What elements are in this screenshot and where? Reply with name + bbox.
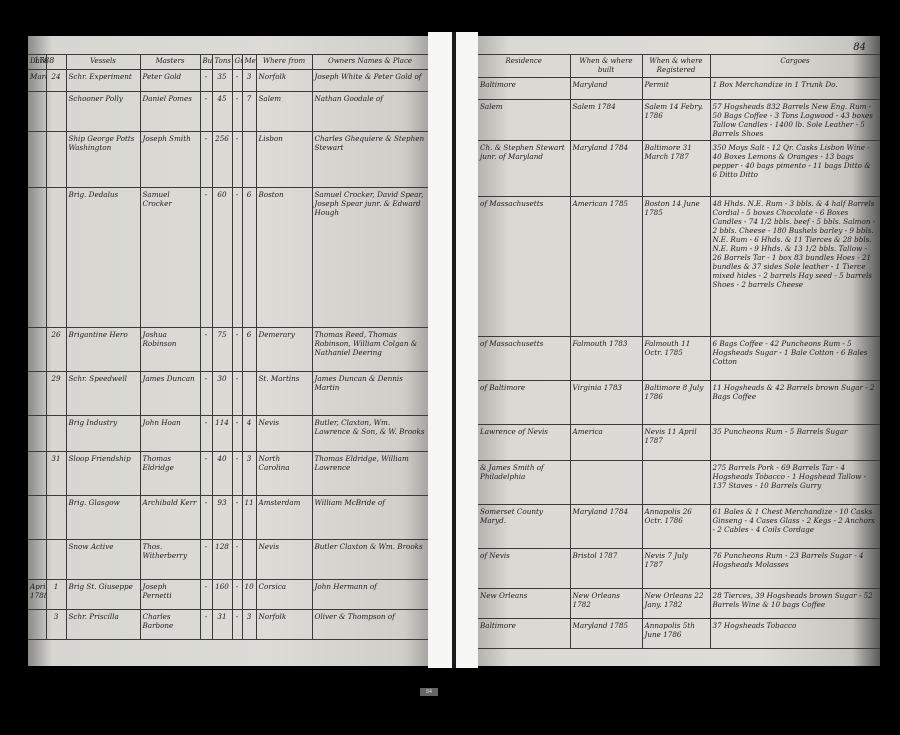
where-registered: Falmouth 11 Octr. 1785 [642, 337, 710, 381]
owners-names: Nathan Goodale of [312, 92, 428, 132]
ledger-row: BaltimoreMarylandPermit1 Box Merchandize… [478, 78, 880, 100]
page-number: 84 [853, 42, 866, 53]
entry-month [28, 328, 46, 372]
vessel-name: Brig St. Giuseppe [66, 580, 140, 610]
where-built: Falmouth 1783 [570, 337, 642, 381]
column-header [46, 55, 66, 70]
vessel-name: Schr. Priscilla [66, 610, 140, 640]
column-header: Residence [478, 55, 570, 78]
vessel-name: Brig. Dedalus [66, 188, 140, 328]
where-built: Maryland [570, 78, 642, 100]
ledger-row: of BaltimoreVirginia 1783Baltimore 8 Jul… [478, 381, 880, 425]
frame-label: 84 [420, 688, 438, 696]
guns-cell: - [232, 452, 242, 496]
tonnage: 75 [212, 328, 232, 372]
ledger-row: Ch. & Stephen Stewart junr. of MarylandM… [478, 141, 880, 197]
tonnage: 30 [212, 372, 232, 416]
tonnage: 45 [212, 92, 232, 132]
ledger-row: Ship George Potts WashingtonJoseph Smith… [28, 132, 428, 188]
where-registered: Baltimore 31 March 1787 [642, 141, 710, 197]
entry-month [28, 452, 46, 496]
origin-port: Norfolk [256, 70, 312, 92]
vessel-name: Sloop Friendship [66, 452, 140, 496]
master-name: Samuel Crocker [140, 188, 200, 328]
guns-cell: - [232, 328, 242, 372]
origin-port: Demerary [256, 328, 312, 372]
guns-cell: - [232, 188, 242, 328]
ledger-row: of NevisBristol 1787Nevis 7 July 178776 … [478, 549, 880, 589]
column-header: Masters [140, 55, 200, 70]
where-registered: Baltimore 8 July 1786 [642, 381, 710, 425]
tonnage: 35 [212, 70, 232, 92]
crew-count: 6 [242, 328, 256, 372]
ledger-row: 29Schr. SpeedwellJames Duncan-30-St. Mar… [28, 372, 428, 416]
origin-port: North Carolina [256, 452, 312, 496]
where-registered: Annapolis 5th June 1786 [642, 619, 710, 649]
ledger-row: 3Schr. PriscillaCharles Barbone-31-3Norf… [28, 610, 428, 640]
column-header: Where from [256, 55, 312, 70]
where-built: Maryland 1785 [570, 619, 642, 649]
cargo-description: 57 Hogsheads 832 Barrels New Eng. Rum - … [710, 100, 880, 141]
column-header: Men [242, 55, 256, 70]
entry-month [28, 416, 46, 452]
cargo-description: 37 Hogsheads Tobacco [710, 619, 880, 649]
column-header: Date [28, 55, 46, 70]
cargo-description: 11 Hogsheads & 42 Barrels brown Sugar - … [710, 381, 880, 425]
vessel-name: Schr. Speedwell [66, 372, 140, 416]
ledger-row: of MassachusettsFalmouth 1783Falmouth 11… [478, 337, 880, 381]
entry-day: 24 [46, 70, 66, 92]
cargo-description: 1 Box Merchandize in 1 Trunk Do. [710, 78, 880, 100]
entry-day: 26 [46, 328, 66, 372]
owner-residence: & James Smith of Philadelphia [478, 461, 570, 505]
master-name: Archibald Kerr [140, 496, 200, 540]
ledger-row: Brig IndustryJohn Hoan-114-4NevisButler,… [28, 416, 428, 452]
guns-cell: - [232, 416, 242, 452]
built-cell: - [200, 416, 212, 452]
crew-count: 3 [242, 70, 256, 92]
ledger-row: 31Sloop FriendshipThomas Eldridge-40-3No… [28, 452, 428, 496]
origin-port: Lisbon [256, 132, 312, 188]
entry-day: 1 [46, 580, 66, 610]
cargo-description: 61 Bales & 1 Chest Merchandize - 10 Cask… [710, 505, 880, 549]
cargo-description: 28 Tierces, 39 Hogsheads brown Sugar - 5… [710, 589, 880, 619]
ledger-row: Somerset County Maryd.Maryland 1784Annap… [478, 505, 880, 549]
ledger-row: Lawrence of NevisAmericaNevis 11 April 1… [478, 425, 880, 461]
where-built: Maryland 1784 [570, 141, 642, 197]
built-cell: - [200, 70, 212, 92]
owners-names: Samuel Crocker, David Spear, Joseph Spea… [312, 188, 428, 328]
where-registered: Salem 14 Febry. 1786 [642, 100, 710, 141]
column-header: Guns [232, 55, 242, 70]
entry-day [46, 92, 66, 132]
built-cell: - [200, 328, 212, 372]
entry-month [28, 372, 46, 416]
owner-residence: Baltimore [478, 78, 570, 100]
crew-count: 10 [242, 580, 256, 610]
cargo-description: 275 Barrels Pork - 69 Barrels Tar - 4 Ho… [710, 461, 880, 505]
where-registered: Permit [642, 78, 710, 100]
origin-port: Nevis [256, 540, 312, 580]
entry-month [28, 610, 46, 640]
origin-port: Norfolk [256, 610, 312, 640]
ledger-row: Brig. GlasgowArchibald Kerr-93-11Amsterd… [28, 496, 428, 540]
tonnage: 256 [212, 132, 232, 188]
owner-residence: Somerset County Maryd. [478, 505, 570, 549]
where-registered: New Orleans 22 Jany. 1782 [642, 589, 710, 619]
where-built: America [570, 425, 642, 461]
master-name: Peter Gold [140, 70, 200, 92]
master-name: Joseph Pernetti [140, 580, 200, 610]
guns-cell: - [232, 372, 242, 416]
ledger-row: & James Smith of Philadelphia275 Barrels… [478, 461, 880, 505]
owners-names: James Duncan & Dennis Martin [312, 372, 428, 416]
built-cell: - [200, 372, 212, 416]
where-registered: Boston 14 June 1785 [642, 197, 710, 337]
vessel-name: Brigantine Hero [66, 328, 140, 372]
ledger-row: BaltimoreMaryland 1785Annapolis 5th June… [478, 619, 880, 649]
column-header: When & where Registered [642, 55, 710, 78]
entry-day [46, 188, 66, 328]
owner-residence: Lawrence of Nevis [478, 425, 570, 461]
entry-day: 3 [46, 610, 66, 640]
vessel-name: Schr. Experiment [66, 70, 140, 92]
master-name: John Hoan [140, 416, 200, 452]
where-built: New Orleans 1782 [570, 589, 642, 619]
owners-names: William McBride of [312, 496, 428, 540]
crew-count: 7 [242, 92, 256, 132]
gutter-divider [452, 32, 456, 668]
entry-month: April 1788 [28, 580, 46, 610]
origin-port: Salem [256, 92, 312, 132]
origin-port: Corsica [256, 580, 312, 610]
ledger-row: March24Schr. ExperimentPeter Gold-35-3No… [28, 70, 428, 92]
entry-day [46, 496, 66, 540]
owner-residence: of Baltimore [478, 381, 570, 425]
guns-cell: - [232, 92, 242, 132]
built-cell: - [200, 452, 212, 496]
entry-day [46, 132, 66, 188]
where-registered: Nevis 11 April 1787 [642, 425, 710, 461]
crew-count [242, 372, 256, 416]
owner-residence: New Orleans [478, 589, 570, 619]
where-built [570, 461, 642, 505]
built-cell: - [200, 188, 212, 328]
where-built: Bristol 1787 [570, 549, 642, 589]
where-built: American 1785 [570, 197, 642, 337]
built-cell: - [200, 610, 212, 640]
master-name: Thomas Eldridge [140, 452, 200, 496]
origin-port: Boston [256, 188, 312, 328]
ledger-row: April 17881Brig St. GiuseppeJoseph Perne… [28, 580, 428, 610]
crew-count: 11 [242, 496, 256, 540]
ledger-row: Snow ActiveThos. Witherberry-128-NevisBu… [28, 540, 428, 580]
master-name: Joseph Smith [140, 132, 200, 188]
master-name: Charles Barbone [140, 610, 200, 640]
ledger-row: New OrleansNew Orleans 1782New Orleans 2… [478, 589, 880, 619]
crew-count [242, 132, 256, 188]
owners-names: Charles Ghequiere & Stephen Stewart [312, 132, 428, 188]
tonnage: 114 [212, 416, 232, 452]
guns-cell: - [232, 610, 242, 640]
master-name: Daniel Pomes [140, 92, 200, 132]
origin-port: St. Martins [256, 372, 312, 416]
master-name: James Duncan [140, 372, 200, 416]
built-cell: - [200, 92, 212, 132]
entry-day [46, 540, 66, 580]
vessel-name: Snow Active [66, 540, 140, 580]
entry-month [28, 92, 46, 132]
ledger-row: SalemSalem 1784Salem 14 Febry. 178657 Ho… [478, 100, 880, 141]
crew-count: 3 [242, 452, 256, 496]
ledger-row: 26Brigantine HeroJoshua Robinson-75-6Dem… [28, 328, 428, 372]
tonnage: 160 [212, 580, 232, 610]
tonnage: 31 [212, 610, 232, 640]
crew-count: 3 [242, 610, 256, 640]
column-header: Vessels [66, 55, 140, 70]
origin-port: Amsterdam [256, 496, 312, 540]
cargo-description: 35 Puncheons Rum - 5 Barrels Sugar [710, 425, 880, 461]
owner-residence: of Massachusetts [478, 337, 570, 381]
vessel-name: Brig Industry [66, 416, 140, 452]
owners-names: Oliver & Thompson of [312, 610, 428, 640]
entry-month [28, 132, 46, 188]
ledger-row: Brig. DedalusSamuel Crocker-60-6BostonSa… [28, 188, 428, 328]
cargo-description: 6 Bags Coffee - 42 Puncheons Rum - 5 Hog… [710, 337, 880, 381]
ledger-row: of MassachusettsAmerican 1785Boston 14 J… [478, 197, 880, 337]
vessel-name: Ship George Potts Washington [66, 132, 140, 188]
tonnage: 40 [212, 452, 232, 496]
guns-cell: - [232, 580, 242, 610]
guns-cell: - [232, 540, 242, 580]
tonnage: 60 [212, 188, 232, 328]
where-registered: Nevis 7 July 1787 [642, 549, 710, 589]
where-built: Maryland 1784 [570, 505, 642, 549]
entry-month [28, 188, 46, 328]
built-cell: - [200, 580, 212, 610]
column-header: Tons [212, 55, 232, 70]
right-ledger-page: 84 ResidenceWhen & where builtWhen & whe… [478, 36, 880, 666]
owners-names: Butler, Claxton, Wm. Lawrence & Son, & W… [312, 416, 428, 452]
owner-residence: of Massachusetts [478, 197, 570, 337]
where-built: Salem 1784 [570, 100, 642, 141]
where-registered: Annapolis 26 Octr. 1786 [642, 505, 710, 549]
cargo-description: 48 Hhds. N.E. Rum - 3 bbls. & 4 half Bar… [710, 197, 880, 337]
column-header: Built [200, 55, 212, 70]
entry-day: 29 [46, 372, 66, 416]
guns-cell: - [232, 496, 242, 540]
master-name: Thos. Witherberry [140, 540, 200, 580]
owners-names: John Hermann of [312, 580, 428, 610]
crew-count: 4 [242, 416, 256, 452]
owners-names: Thomas Reed, Thomas Robinson, William Co… [312, 328, 428, 372]
built-cell: - [200, 540, 212, 580]
owner-residence: Baltimore [478, 619, 570, 649]
cargo-description: 350 Moys Salt - 12 Qr. Casks Lisbon Wine… [710, 141, 880, 197]
built-cell: - [200, 496, 212, 540]
tonnage: 128 [212, 540, 232, 580]
where-registered [642, 461, 710, 505]
owners-names: Thomas Eldridge, William Lawrence [312, 452, 428, 496]
entry-month [28, 496, 46, 540]
owners-names: Joseph White & Peter Gold of [312, 70, 428, 92]
left-ledger-page: 1788 DateVesselsMastersBuiltTonsGunsMenW… [28, 36, 428, 666]
master-name: Joshua Robinson [140, 328, 200, 372]
tonnage: 93 [212, 496, 232, 540]
owner-residence: Salem [478, 100, 570, 141]
guns-cell: - [232, 132, 242, 188]
built-cell: - [200, 132, 212, 188]
left-ledger-table: DateVesselsMastersBuiltTonsGunsMenWhere … [28, 54, 428, 640]
vessel-name: Schooner Polly [66, 92, 140, 132]
where-built: Virginia 1783 [570, 381, 642, 425]
crew-count [242, 540, 256, 580]
vessel-name: Brig. Glasgow [66, 496, 140, 540]
guns-cell: - [232, 70, 242, 92]
right-ledger-table: ResidenceWhen & where builtWhen & where … [478, 54, 880, 649]
entry-day: 31 [46, 452, 66, 496]
ledger-row: Schooner PollyDaniel Pomes-45-7SalemNath… [28, 92, 428, 132]
origin-port: Nevis [256, 416, 312, 452]
owner-residence: of Nevis [478, 549, 570, 589]
column-header: When & where built [570, 55, 642, 78]
entry-month [28, 540, 46, 580]
column-header: Owners Names & Place [312, 55, 428, 70]
entry-day [46, 416, 66, 452]
owner-residence: Ch. & Stephen Stewart junr. of Maryland [478, 141, 570, 197]
cargo-description: 76 Puncheons Rum - 23 Barrels Sugar - 4 … [710, 549, 880, 589]
crew-count: 6 [242, 188, 256, 328]
column-header: Cargoes [710, 55, 880, 78]
owners-names: Butler Claxton & Wm. Brooks [312, 540, 428, 580]
entry-month: March [28, 70, 46, 92]
